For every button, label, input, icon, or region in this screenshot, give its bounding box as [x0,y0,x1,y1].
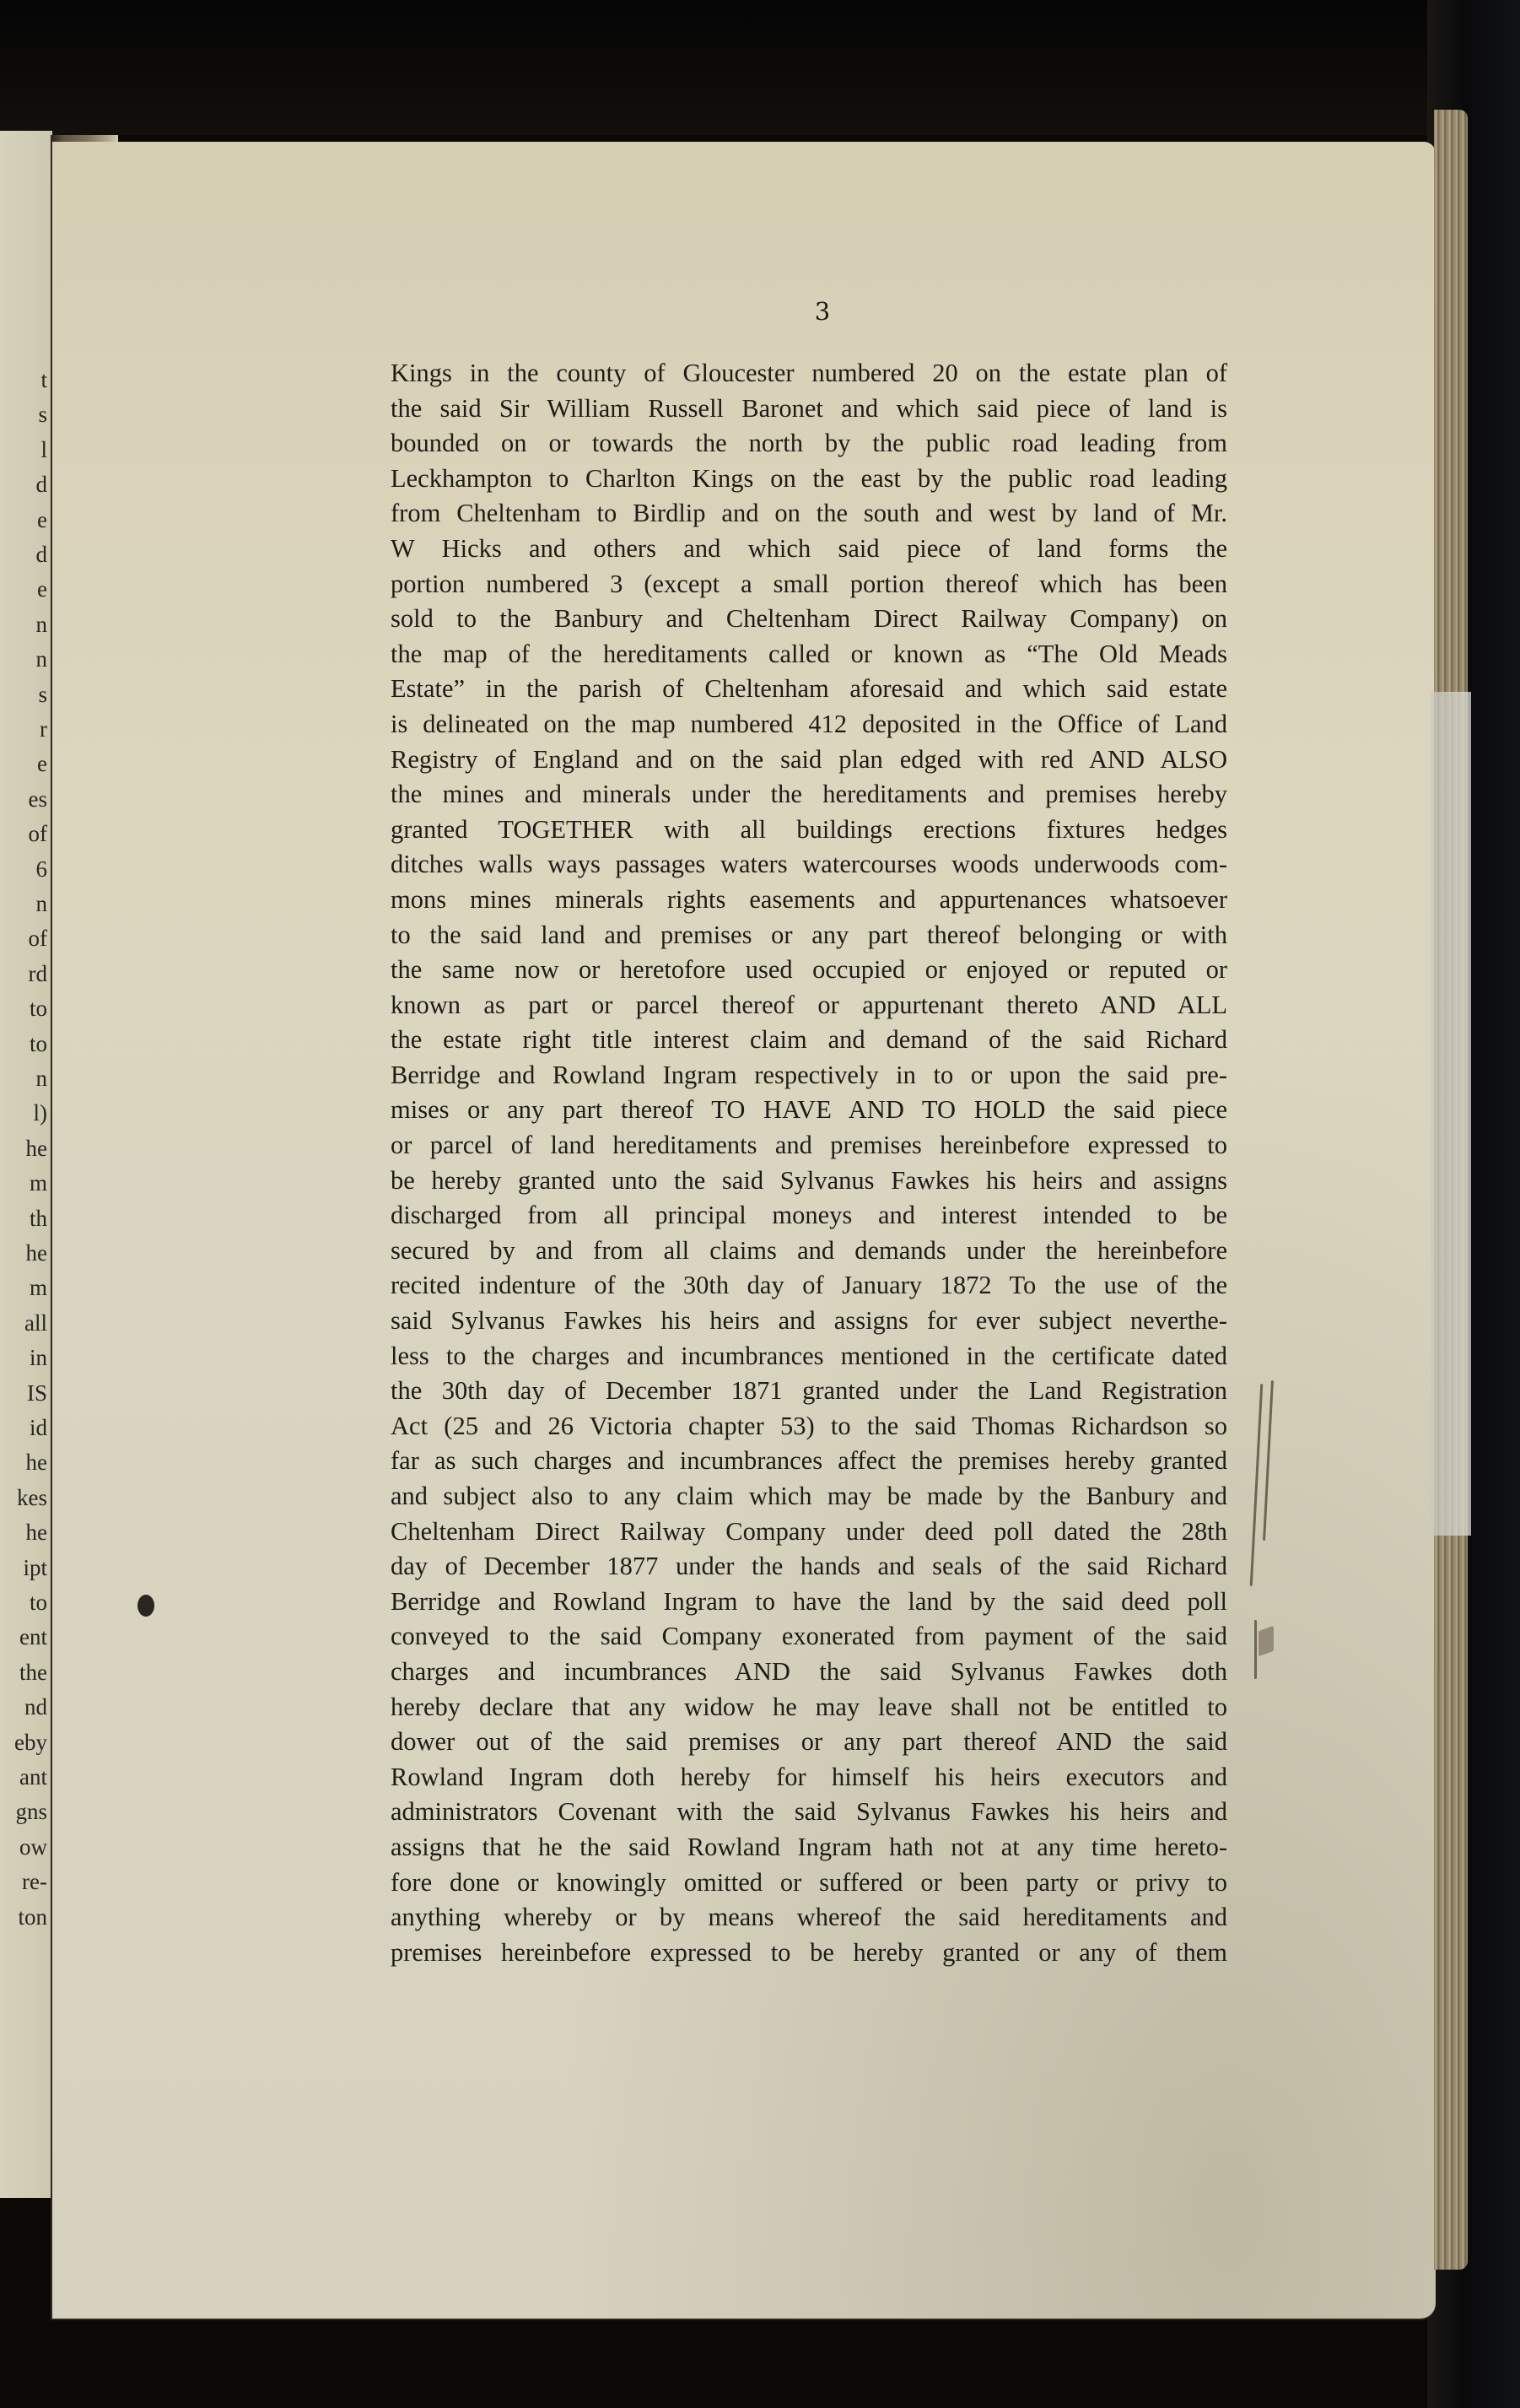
left-page-text-fragment: in [30,1345,47,1371]
text-line: Cheltenham Direct Railway Company under … [391,1514,1227,1550]
left-page-text-fragment: of [29,926,48,952]
text-line: administrators Covenant with the said Sy… [391,1795,1227,1830]
left-page-text-fragment: he [26,1136,47,1162]
left-page-text-fragment: nd [24,1694,47,1720]
left-page-text-fragment: ent [19,1624,47,1650]
ink-blot [137,1595,154,1617]
left-page-text-fragment: ow [19,1834,47,1860]
left-page-text-fragment: n [36,646,48,672]
left-page-text-fragment: t [40,367,47,393]
text-line: the map of the hereditaments called or k… [391,637,1227,672]
left-page-text-fragment: n [36,1066,48,1092]
text-line: secured by and from all claims and deman… [391,1234,1227,1269]
left-page-text-fragment: e [37,576,47,602]
left-page-text-fragment: eby [14,1730,47,1756]
left-page-text-fragment: to [30,1590,47,1616]
left-page-text-fragment: n [36,891,48,917]
text-line: hereby declare that any widow he may lea… [391,1690,1227,1725]
left-page-text-fragment: 6 [36,856,48,883]
text-line: Leckhampton to Charlton Kings on the eas… [391,462,1227,497]
left-page-text-fragment: ipt [23,1555,47,1581]
left-page-fragment: tsldedennsreesof6nofrdtotonl)hemthhemall… [0,131,52,2198]
text-line: granted TOGETHER with all buildings erec… [391,813,1227,848]
left-page-text-fragment: l) [34,1100,48,1126]
text-line: and subject also to any claim which may … [391,1479,1227,1514]
text-line: mons mines minerals rights easements and… [391,883,1227,918]
document-body-text: Kings in the county of Gloucester number… [391,356,1227,1970]
text-line: to the said land and premises or any par… [391,918,1227,953]
left-page-text-fragment: e [37,751,47,777]
left-page-text-fragment: es [29,786,48,813]
text-line: the mines and minerals under the heredit… [391,777,1227,813]
text-line: sold to the Banbury and Cheltenham Direc… [391,602,1227,637]
left-page-text-fragment: the [19,1660,47,1686]
text-line: dower out of the said premises or any pa… [391,1725,1227,1760]
text-line: conveyed to the said Company exonerated … [391,1619,1227,1655]
text-line: assigns that he the said Rowland Ingram … [391,1830,1227,1865]
left-page-text-fragment: he [26,1450,47,1476]
left-page-text-fragment: th [30,1206,47,1232]
text-line: from Cheltenham to Birdlip and on the so… [391,496,1227,532]
left-page-text-fragment: n [36,612,48,638]
left-page-text-fragment: of [29,821,48,847]
left-page-text-fragment: IS [27,1380,47,1406]
text-line: less to the charges and incumbrances men… [391,1339,1227,1374]
text-line: day of December 1877 under the hands and… [391,1549,1227,1585]
left-page-text-fragment: ton [18,1904,47,1930]
left-page-text-fragment: id [30,1415,47,1441]
text-line: is delineated on the map numbered 412 de… [391,707,1227,742]
left-page-text-fragment: r [40,716,47,742]
text-line: Rowland Ingram doth hereby for himself h… [391,1760,1227,1795]
text-line: discharged from all principal moneys and… [391,1198,1227,1234]
left-page-text-fragment: rd [29,961,48,987]
left-page-text-fragment: d [36,472,48,498]
left-page-text-fragment: m [30,1275,47,1301]
left-page-text-fragment: m [30,1170,47,1196]
text-line: bounded on or towards the north by the p… [391,426,1227,462]
text-line: the 30th day of December 1871 granted un… [391,1374,1227,1409]
text-line: said Sylvanus Fawkes his heirs and assig… [391,1304,1227,1339]
text-line: Estate” in the parish of Cheltenham afor… [391,672,1227,707]
left-page-text-fragment: he [26,1520,47,1546]
text-line: mises or any part thereof TO HAVE AND TO… [391,1093,1227,1128]
text-line: far as such charges and incumbrances aff… [391,1444,1227,1479]
text-line: anything whereby or by means whereof the… [391,1900,1227,1936]
left-page-text-fragment: e [37,507,47,533]
left-page-text-fragment: kes [17,1485,47,1511]
left-page-text-fragment: re- [22,1869,47,1895]
left-page-text-fragment: l [40,437,47,463]
text-line: portion numbered 3 (except a small porti… [391,567,1227,602]
text-line: ditches walls ways passages waters water… [391,847,1227,883]
text-line: the same now or heretofore used occupied… [391,953,1227,988]
text-line: Registry of England and on the said plan… [391,742,1227,778]
text-line: Berridge and Rowland Ingram respectively… [391,1058,1227,1093]
left-page-text-fragment: s [38,682,47,708]
left-page-text-fragment: d [36,542,48,568]
text-line: W Hicks and others and which said piece … [391,532,1227,567]
page-number: 3 [806,297,839,326]
text-line: the said Sir William Russell Baronet and… [391,391,1227,427]
text-line: be hereby granted unto the said Sylvanus… [391,1164,1227,1199]
text-line: Act (25 and 26 Victoria chapter 53) to t… [391,1409,1227,1444]
text-line: Berridge and Rowland Ingram to have the … [391,1585,1227,1620]
left-page-text-fragment: he [26,1240,47,1266]
left-page-text-fragment: to [30,996,47,1022]
left-page-text-fragment: all [24,1310,47,1336]
text-line: recited indenture of the 30th day of Jan… [391,1268,1227,1304]
text-line: the estate right title interest claim an… [391,1023,1227,1058]
left-page-text-fragment: s [38,402,47,428]
pencil-margin-mark [1254,1620,1257,1679]
text-line: premises hereinbefore expressed to be he… [391,1936,1227,1971]
left-page-text-fragment: gns [15,1799,47,1825]
page-tab-strip [1431,692,1471,1536]
text-line: Kings in the county of Gloucester number… [391,356,1227,391]
text-line: fore done or knowingly omitted or suffer… [391,1865,1227,1901]
left-page-text-fragment: ant [19,1764,47,1790]
text-line: known as part or parcel thereof or appur… [391,988,1227,1023]
text-line: or parcel of land hereditaments and prem… [391,1128,1227,1164]
left-page-text-fragment: to [30,1031,47,1057]
text-line: charges and incumbrances AND the said Sy… [391,1655,1227,1690]
book-binding-top [0,0,1520,135]
